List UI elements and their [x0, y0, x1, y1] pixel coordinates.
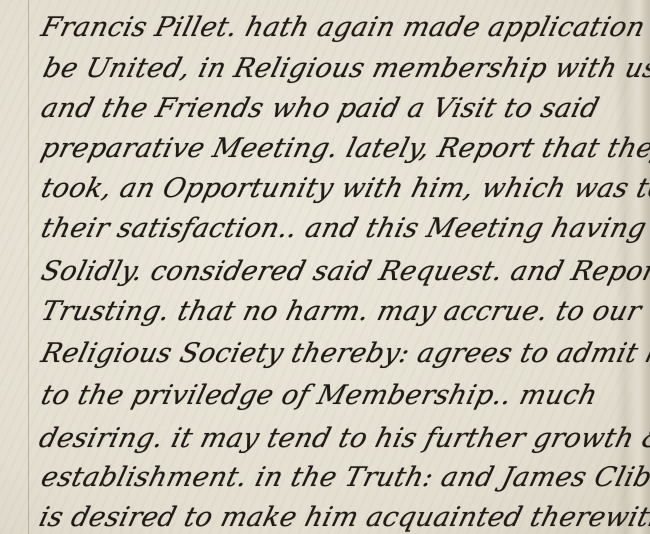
manuscript-line-9: Religious Society thereby: agrees to adm…	[38, 338, 650, 369]
manuscript-text-block: Francis Pillet. hath again made applicat…	[0, 0, 650, 534]
manuscript-line-8: Trusting. that no harm. may accrue. to o…	[38, 296, 645, 327]
manuscript-line-13: is desired to make him acquainted therew…	[36, 502, 650, 533]
manuscript-line-12: establishment. in the Truth: and James C…	[38, 462, 650, 493]
manuscript-line-7: Solidly. considered said Request. and Re…	[38, 256, 650, 287]
manuscript-line-3: and the Friends who paid a Visit to said	[38, 93, 602, 124]
manuscript-line-6: their satisfaction.. and this Meeting ha…	[38, 213, 650, 244]
manuscript-page: Francis Pillet. hath again made applicat…	[0, 0, 650, 534]
manuscript-line-5: took, an Opportunity with him, which was…	[38, 173, 650, 204]
manuscript-line-2: be United, in Religious membership with …	[40, 53, 650, 84]
manuscript-line-11: desiring. it may tend to his further gro…	[36, 423, 650, 454]
manuscript-line-10: to the priviledge of Membership.. much	[38, 380, 601, 411]
manuscript-line-4: preparative Meeting. lately, Report that…	[38, 133, 650, 164]
manuscript-line-1: Francis Pillet. hath again made applicat…	[38, 12, 650, 43]
